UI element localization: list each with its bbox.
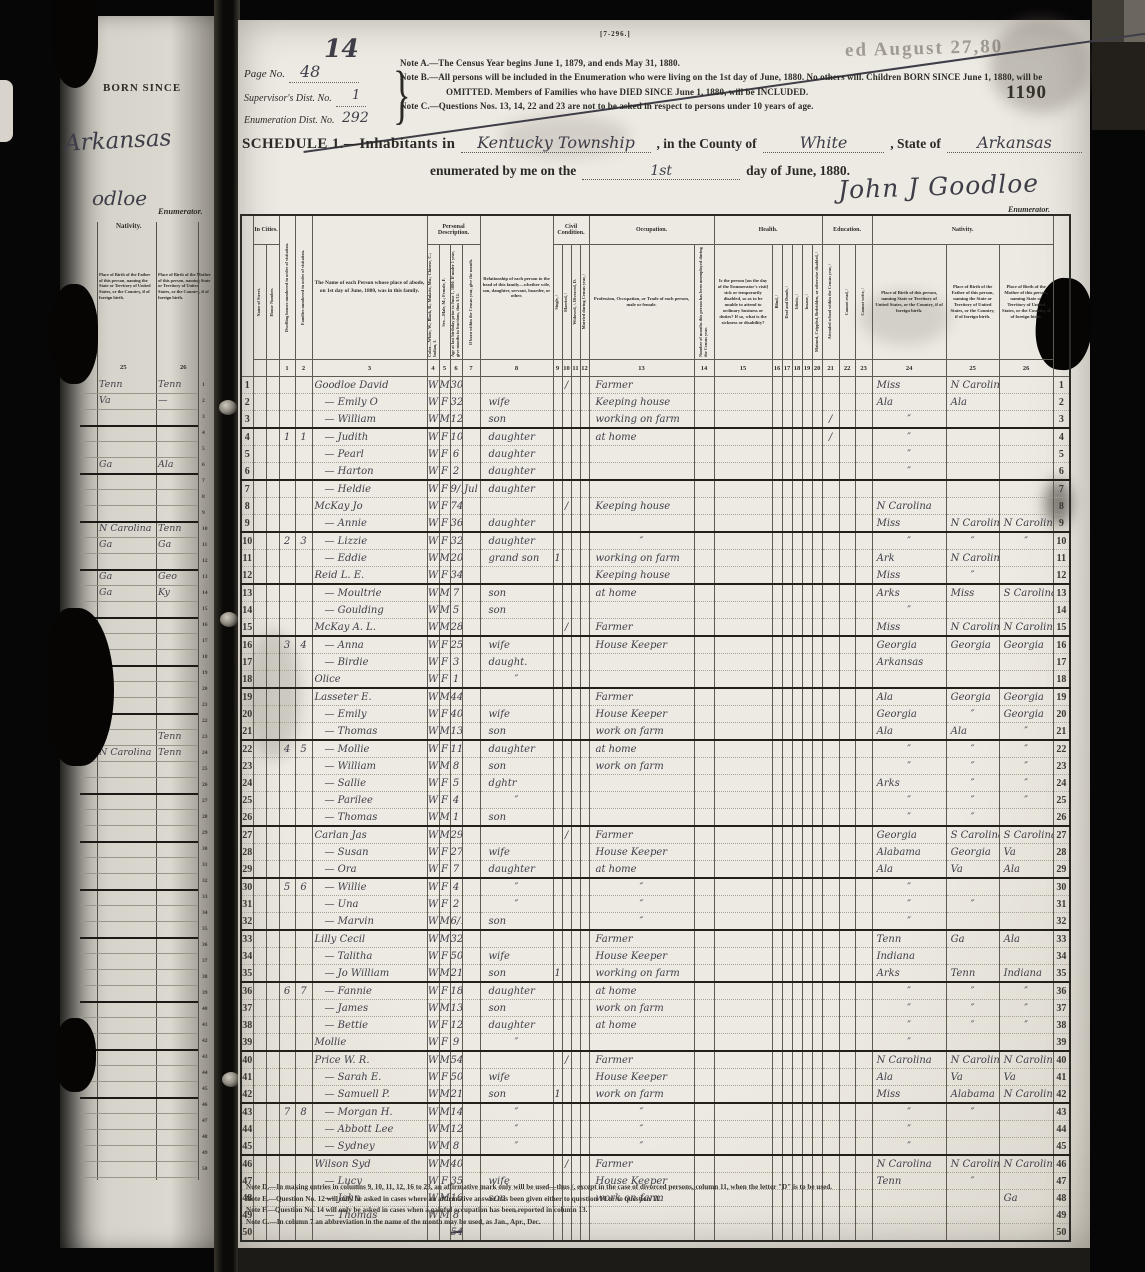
cell-street <box>253 878 266 896</box>
cell-relationship: ″ <box>480 1121 553 1138</box>
cell-months-unemployed <box>694 671 714 689</box>
cell-house <box>266 532 279 550</box>
cell-color: W <box>427 1017 439 1034</box>
cell-single-mark <box>553 809 562 827</box>
cell-school-mark <box>822 446 839 463</box>
cell-color: W <box>427 913 439 931</box>
cell-months-unemployed <box>694 428 714 446</box>
cell-disabled-mark <box>812 688 822 706</box>
cell-family-number <box>295 480 312 498</box>
row-number-right: 30 <box>1053 878 1070 896</box>
cell-single-mark <box>553 671 562 689</box>
cell-widowed-mark <box>571 913 580 931</box>
census-table-row: 4 1 1 — Judith W F 10 daughter at home /… <box>241 428 1070 446</box>
cell-married-year-mark <box>580 758 589 775</box>
cell-dwelling-number <box>279 930 295 948</box>
cell-deaf-mark <box>782 948 792 965</box>
cell-married-year-mark <box>580 446 589 463</box>
cell-relationship <box>480 567 553 585</box>
row-number-left: 3 <box>241 411 253 429</box>
cell-disabled-mark <box>812 706 822 723</box>
cell-birthplace: Ala <box>872 688 946 706</box>
cell-widowed-mark <box>571 636 580 654</box>
cell-father-birthplace: ″ <box>946 896 999 913</box>
cell-person-name: — Mollie <box>312 740 427 758</box>
cell-street <box>253 671 266 689</box>
cell-blind-mark <box>772 982 782 1000</box>
cell-sickness <box>714 1086 772 1104</box>
left-page-family-separator <box>80 937 198 939</box>
cell-widowed-mark <box>571 480 580 498</box>
cell-birthplace: Ala <box>872 723 946 741</box>
cell-school-mark <box>822 896 839 913</box>
cell-single-mark <box>553 896 562 913</box>
cell-birthplace: ″ <box>872 913 946 931</box>
cell-relationship: son <box>480 913 553 931</box>
cell-sickness <box>714 809 772 827</box>
cell-school-mark <box>822 463 839 481</box>
census-table: In Cities. Dwelling houses numbered in o… <box>240 214 1071 1242</box>
left-page-row-number: 27 <box>202 798 208 804</box>
cell-disabled-mark <box>812 654 822 671</box>
cell-idiotic-mark <box>792 844 802 861</box>
cell-cannot-read-mark <box>839 463 855 481</box>
cell-single-mark <box>553 515 562 533</box>
cell-cannot-read-mark <box>839 1121 855 1138</box>
cell-birth-month <box>462 792 480 809</box>
cell-deaf-mark <box>782 515 792 533</box>
cell-person-name: McKay A. L. <box>312 619 427 637</box>
cell-house <box>266 1103 279 1121</box>
cell-person-name: — Sallie <box>312 775 427 792</box>
cell-school-mark <box>822 1155 839 1173</box>
cell-sickness <box>714 394 772 411</box>
census-table-row: 32 — Marvin W M 6/12 son ″ ″ 32 <box>241 913 1070 931</box>
cell-cannot-read-mark <box>839 723 855 741</box>
cell-relationship: daughter <box>480 982 553 1000</box>
cell-birthplace: ″ <box>872 428 946 446</box>
cell-person-name: — William <box>312 411 427 429</box>
census-table-row: 10 2 3 — Lizzie W F 32 daughter ″ ″ ″ ″ … <box>241 532 1070 550</box>
cell-street <box>253 636 266 654</box>
cell-insane-mark <box>802 1069 812 1086</box>
cell-married-year-mark <box>580 878 589 896</box>
cell-family-number <box>295 1051 312 1069</box>
left-page-row-number: 24 <box>202 750 208 756</box>
cell-color: W <box>427 792 439 809</box>
cell-family-number: 4 <box>295 636 312 654</box>
cell-street <box>253 602 266 619</box>
cell-blind-mark <box>772 706 782 723</box>
left-page-nativity-entry: Ala <box>158 459 174 470</box>
cell-married-mark <box>562 602 571 619</box>
cell-cannot-read-mark <box>839 550 855 567</box>
binding-post-icon <box>219 400 237 415</box>
cell-age: 28 <box>450 619 462 637</box>
cell-relationship: ″ <box>480 671 553 689</box>
cell-occupation <box>589 809 694 827</box>
row-number-right: 41 <box>1053 1069 1070 1086</box>
cell-dwelling-number <box>279 515 295 533</box>
cell-insane-mark <box>802 775 812 792</box>
left-page-row-number: 7 <box>202 478 205 484</box>
cell-sickness <box>714 688 772 706</box>
row-number-right: 29 <box>1053 861 1070 879</box>
cell-sex: F <box>439 878 450 896</box>
cell-father-birthplace: Ala <box>946 723 999 741</box>
cell-family-number <box>295 584 312 602</box>
cell-occupation: House Keeper <box>589 706 694 723</box>
cell-deaf-mark <box>782 480 792 498</box>
left-page-row-number: 6 <box>202 462 205 468</box>
cell-married-year-mark <box>580 982 589 1000</box>
cell-father-birthplace <box>946 480 999 498</box>
cell-married-year-mark <box>580 1138 589 1156</box>
cell-disabled-mark <box>812 1121 822 1138</box>
cell-single-mark <box>553 740 562 758</box>
cell-age: 21 <box>450 1086 462 1104</box>
cell-cannot-read-mark <box>839 861 855 879</box>
cell-sickness <box>714 532 772 550</box>
state-label: , State of <box>890 136 941 152</box>
cell-cannot-read-mark <box>839 896 855 913</box>
left-page-row-number: 5 <box>202 446 205 452</box>
enumerated-label: enumerated by me on the <box>430 163 576 179</box>
cell-insane-mark <box>802 532 812 550</box>
cell-married-year-mark <box>580 394 589 411</box>
cell-cannot-write-mark <box>855 1051 872 1069</box>
cell-father-birthplace <box>946 498 999 515</box>
cell-married-year-mark <box>580 480 589 498</box>
col-birth-month: If born within the Census year, give the… <box>462 245 480 360</box>
cell-dwelling-number <box>279 550 295 567</box>
column-number: 7 <box>462 360 480 377</box>
left-page-nativity-entry: N Carolina <box>99 747 151 758</box>
cell-widowed-mark <box>571 671 580 689</box>
cell-person-name: Lilly Cecil <box>312 930 427 948</box>
census-table-row: 44 — Abbott Lee W M 12 ″ ″ ″ 44 <box>241 1121 1070 1138</box>
cell-mother-birthplace <box>999 498 1053 515</box>
cell-widowed-mark <box>571 446 580 463</box>
cell-color: W <box>427 377 439 394</box>
row-number-left: 39 <box>241 1034 253 1052</box>
cell-age: 8 <box>450 1138 462 1156</box>
cell-idiotic-mark <box>792 411 802 429</box>
cell-mother-birthplace: N Carolina <box>999 515 1053 533</box>
cell-deaf-mark <box>782 1121 792 1138</box>
cell-father-birthplace: Va <box>946 861 999 879</box>
left-page-row-number: 18 <box>202 654 208 660</box>
cell-sex: F <box>439 792 450 809</box>
cell-birthplace: Ark <box>872 550 946 567</box>
row-number-right: 38 <box>1053 1017 1070 1034</box>
cell-house <box>266 844 279 861</box>
cell-sex: M <box>439 1138 450 1156</box>
cell-school-mark <box>822 515 839 533</box>
row-number-right: 8 <box>1053 498 1070 515</box>
row-number-right: 35 <box>1053 965 1070 983</box>
note-c: Note C.—Questions Nos. 13, 14, 22 and 23… <box>400 99 1048 113</box>
cell-married-year-mark <box>580 1051 589 1069</box>
cell-age: 4 <box>450 792 462 809</box>
cell-cannot-write-mark <box>855 480 872 498</box>
left-page-row-number: 8 <box>202 494 205 500</box>
cell-months-unemployed <box>694 480 714 498</box>
cell-sickness <box>714 1017 772 1034</box>
cell-occupation: ″ <box>589 896 694 913</box>
cell-dwelling-number <box>279 394 295 411</box>
page-no-value: 14 <box>324 34 359 63</box>
cell-mother-birthplace: Ala <box>999 861 1053 879</box>
cell-birthplace: N Carolina <box>872 1155 946 1173</box>
cell-idiotic-mark <box>792 1155 802 1173</box>
row-number-right: 5 <box>1053 446 1070 463</box>
cell-school-mark <box>822 636 839 654</box>
cell-cannot-write-mark <box>855 671 872 689</box>
cell-sex: F <box>439 1017 450 1034</box>
cell-sex: F <box>439 706 450 723</box>
cell-mother-birthplace: Ala <box>999 930 1053 948</box>
col-father-birthplace: Place of Birth of the Father of this per… <box>946 245 999 360</box>
cell-person-name: — Jo William <box>312 965 427 983</box>
cell-blind-mark <box>772 498 782 515</box>
cell-occupation: Farmer <box>589 826 694 844</box>
census-table-row: 19 Lasseter E. W M 44 Farmer Ala Georgia… <box>241 688 1070 706</box>
cell-family-number <box>295 394 312 411</box>
cell-birthplace: Georgia <box>872 706 946 723</box>
cell-color: W <box>427 584 439 602</box>
footnotes-block: Note D.—In making entries in columns 9, … <box>246 1182 1058 1228</box>
left-page-mother-col-header: Place of Birth of the Mother of this per… <box>158 272 212 301</box>
cell-mother-birthplace <box>999 1103 1053 1121</box>
cell-house <box>266 463 279 481</box>
row-number-left: 43 <box>241 1103 253 1121</box>
cell-widowed-mark <box>571 1034 580 1052</box>
cell-birthplace: ″ <box>872 1000 946 1017</box>
cell-married-mark <box>562 792 571 809</box>
cell-blind-mark <box>772 654 782 671</box>
cell-father-birthplace: Georgia <box>946 636 999 654</box>
cell-cannot-read-mark <box>839 706 855 723</box>
cell-blind-mark <box>772 567 782 585</box>
cell-single-mark <box>553 792 562 809</box>
cell-sickness <box>714 550 772 567</box>
cell-relationship <box>480 930 553 948</box>
cell-single-mark <box>553 619 562 637</box>
cell-father-birthplace: N Carolina <box>946 515 999 533</box>
cell-sickness <box>714 861 772 879</box>
cell-school-mark <box>822 861 839 879</box>
cell-months-unemployed <box>694 809 714 827</box>
cell-color: W <box>427 654 439 671</box>
cell-relationship: son <box>480 809 553 827</box>
cell-relationship: daughter <box>480 1017 553 1034</box>
cell-deaf-mark <box>782 584 792 602</box>
cell-widowed-mark <box>571 428 580 446</box>
cell-mother-birthplace: ″ <box>999 740 1053 758</box>
cell-deaf-mark <box>782 1069 792 1086</box>
col-married-census-year: Married during Census year, / <box>580 245 589 360</box>
cell-age: 1 <box>450 809 462 827</box>
cell-school-mark <box>822 498 839 515</box>
col-insane: Insane, / <box>802 245 812 360</box>
cell-sex: F <box>439 532 450 550</box>
cell-insane-mark <box>802 1051 812 1069</box>
cell-widowed-mark <box>571 463 580 481</box>
cell-father-birthplace <box>946 446 999 463</box>
scan-blob <box>52 0 98 88</box>
cell-occupation: at home <box>589 1017 694 1034</box>
cell-widowed-mark <box>571 723 580 741</box>
cell-months-unemployed <box>694 826 714 844</box>
cell-widowed-mark <box>571 377 580 394</box>
col-cannot-read: Cannot read, / <box>839 245 855 360</box>
cell-family-number <box>295 1069 312 1086</box>
left-page-row-number: 33 <box>202 894 208 900</box>
cell-relationship: daughter <box>480 428 553 446</box>
cell-occupation: working on farm <box>589 411 694 429</box>
cell-birthplace: ″ <box>872 982 946 1000</box>
left-page-row-number: 2 <box>202 398 205 404</box>
cell-relationship: daught. <box>480 654 553 671</box>
cell-insane-mark <box>802 1086 812 1104</box>
left-page-row-number: 39 <box>202 990 208 996</box>
cell-insane-mark <box>802 1034 812 1052</box>
cell-house <box>266 428 279 446</box>
cell-house <box>266 878 279 896</box>
cell-family-number <box>295 826 312 844</box>
left-page-row-number: 40 <box>202 1006 208 1012</box>
cell-disabled-mark <box>812 982 822 1000</box>
col-married: Married, / <box>562 245 571 360</box>
cell-house <box>266 826 279 844</box>
cell-relationship: son <box>480 758 553 775</box>
left-page-nativity-entry: Ga <box>99 539 112 550</box>
cell-occupation: working on farm <box>589 965 694 983</box>
group-in-cities: In Cities. <box>253 215 279 245</box>
cell-age: 5 <box>450 775 462 792</box>
cell-deaf-mark <box>782 775 792 792</box>
cell-married-mark <box>562 1069 571 1086</box>
cell-cannot-write-mark <box>855 428 872 446</box>
cell-color: W <box>427 636 439 654</box>
cell-disabled-mark <box>812 532 822 550</box>
row-number-left: 45 <box>241 1138 253 1156</box>
cell-disabled-mark <box>812 619 822 637</box>
row-number-right: 20 <box>1053 706 1070 723</box>
cell-deaf-mark <box>782 636 792 654</box>
left-page-row-number: 11 <box>202 542 207 548</box>
cell-married-year-mark <box>580 740 589 758</box>
row-number-right: 31 <box>1053 896 1070 913</box>
cell-cannot-read-mark <box>839 965 855 983</box>
column-number: 15 <box>714 360 772 377</box>
cell-street <box>253 775 266 792</box>
left-page-row-number: 20 <box>202 686 208 692</box>
row-number-left: 37 <box>241 1000 253 1017</box>
cell-deaf-mark <box>782 930 792 948</box>
cell-blind-mark <box>772 550 782 567</box>
cell-birth-month <box>462 1103 480 1121</box>
cell-married-year-mark <box>580 377 589 394</box>
cell-blind-mark <box>772 532 782 550</box>
row-number-left: 33 <box>241 930 253 948</box>
column-number: 6 <box>450 360 462 377</box>
cell-birthplace: ″ <box>872 602 946 619</box>
census-table-row: 35 — Jo William W M 21 son 1 working on … <box>241 965 1070 983</box>
cell-birth-month <box>462 775 480 792</box>
cell-color: W <box>427 446 439 463</box>
cell-birth-month <box>462 844 480 861</box>
col-cannot-write: Cannot write, / <box>855 245 872 360</box>
cell-school-mark <box>822 809 839 827</box>
cell-street <box>253 584 266 602</box>
cell-insane-mark <box>802 671 812 689</box>
cell-blind-mark <box>772 1086 782 1104</box>
cell-street <box>253 1017 266 1034</box>
cell-house <box>266 446 279 463</box>
cell-cannot-write-mark <box>855 498 872 515</box>
cell-deaf-mark <box>782 567 792 585</box>
cell-married-mark <box>562 567 571 585</box>
cell-person-name: — Annie <box>312 515 427 533</box>
cell-birth-month <box>462 965 480 983</box>
col-street-name: Name of Street. <box>253 245 266 360</box>
cell-married-mark <box>562 654 571 671</box>
cell-cannot-write-mark <box>855 861 872 879</box>
cell-occupation: ″ <box>589 1138 694 1156</box>
cell-single-mark <box>553 844 562 861</box>
cell-color: W <box>427 550 439 567</box>
row-number-right: 4 <box>1053 428 1070 446</box>
cell-relationship <box>480 619 553 637</box>
cell-single-mark <box>553 446 562 463</box>
cell-cannot-read-mark <box>839 844 855 861</box>
cell-family-number <box>295 602 312 619</box>
note-d: Note D.—In making entries in columns 9, … <box>246 1182 1058 1194</box>
cell-sex: F <box>439 480 450 498</box>
cell-idiotic-mark <box>792 428 802 446</box>
cell-sickness <box>714 1155 772 1173</box>
cell-married-year-mark <box>580 1017 589 1034</box>
group-header-row: In Cities. Dwelling houses numbered in o… <box>241 215 1070 245</box>
cell-mother-birthplace: Va <box>999 844 1053 861</box>
cell-street <box>253 480 266 498</box>
left-page-row-number: 21 <box>202 702 208 708</box>
cell-married-mark <box>562 1000 571 1017</box>
cell-father-birthplace <box>946 428 999 446</box>
cell-married-mark <box>562 1086 571 1104</box>
cell-occupation <box>589 775 694 792</box>
cell-birth-month <box>462 515 480 533</box>
census-table-row: 37 — James W M 13 son work on farm ″ ″ ″… <box>241 1000 1070 1017</box>
cell-idiotic-mark <box>792 1086 802 1104</box>
scan-artifact <box>1092 42 1145 130</box>
cell-sickness <box>714 982 772 1000</box>
cell-mother-birthplace: Indiana <box>999 965 1053 983</box>
cell-idiotic-mark <box>792 965 802 983</box>
row-number-left: 40 <box>241 1051 253 1069</box>
cell-sex: F <box>439 498 450 515</box>
cell-father-birthplace: ″ <box>946 706 999 723</box>
census-scan: BORN SINCE Arkansas odloe Enumerator. Na… <box>0 0 1145 1272</box>
cell-family-number: 6 <box>295 878 312 896</box>
cell-mother-birthplace <box>999 878 1053 896</box>
cell-single-mark <box>553 878 562 896</box>
cell-idiotic-mark <box>792 1017 802 1034</box>
cell-birth-month <box>462 654 480 671</box>
cell-dwelling-number <box>279 826 295 844</box>
